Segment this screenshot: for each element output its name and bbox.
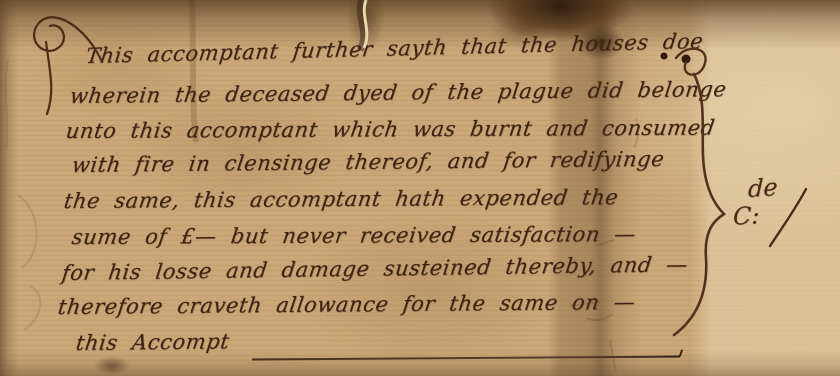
bleed-through-ghost-left	[6, 60, 41, 330]
manuscript-line: unto this accomptant which was burnt and…	[64, 116, 716, 143]
margin-note-bottom: C:	[733, 201, 760, 230]
ink-dot	[682, 55, 691, 64]
manuscript-line: This accomptant further sayth that the h…	[85, 29, 705, 68]
manuscript-line: for his losse and damage susteined there…	[60, 252, 689, 285]
manuscript-photo: This accomptant further sayth that the h…	[0, 0, 840, 376]
manuscript-line: the same, this accomptant hath expended …	[62, 185, 620, 213]
manuscript-line: wherein the deceased dyed of the plague …	[68, 77, 728, 108]
manuscript-line: therefore craveth allowance for the same…	[56, 290, 637, 319]
margin-note-top: de	[748, 173, 778, 203]
manuscript-line: with fire in clensinge thereof, and for …	[70, 147, 666, 177]
manuscript-line: this Accompt	[74, 329, 231, 355]
manuscript-line: sume of £— but never received satisfacti…	[70, 222, 637, 249]
right-brace-flourish	[674, 74, 724, 335]
trailing-rule	[252, 356, 680, 361]
